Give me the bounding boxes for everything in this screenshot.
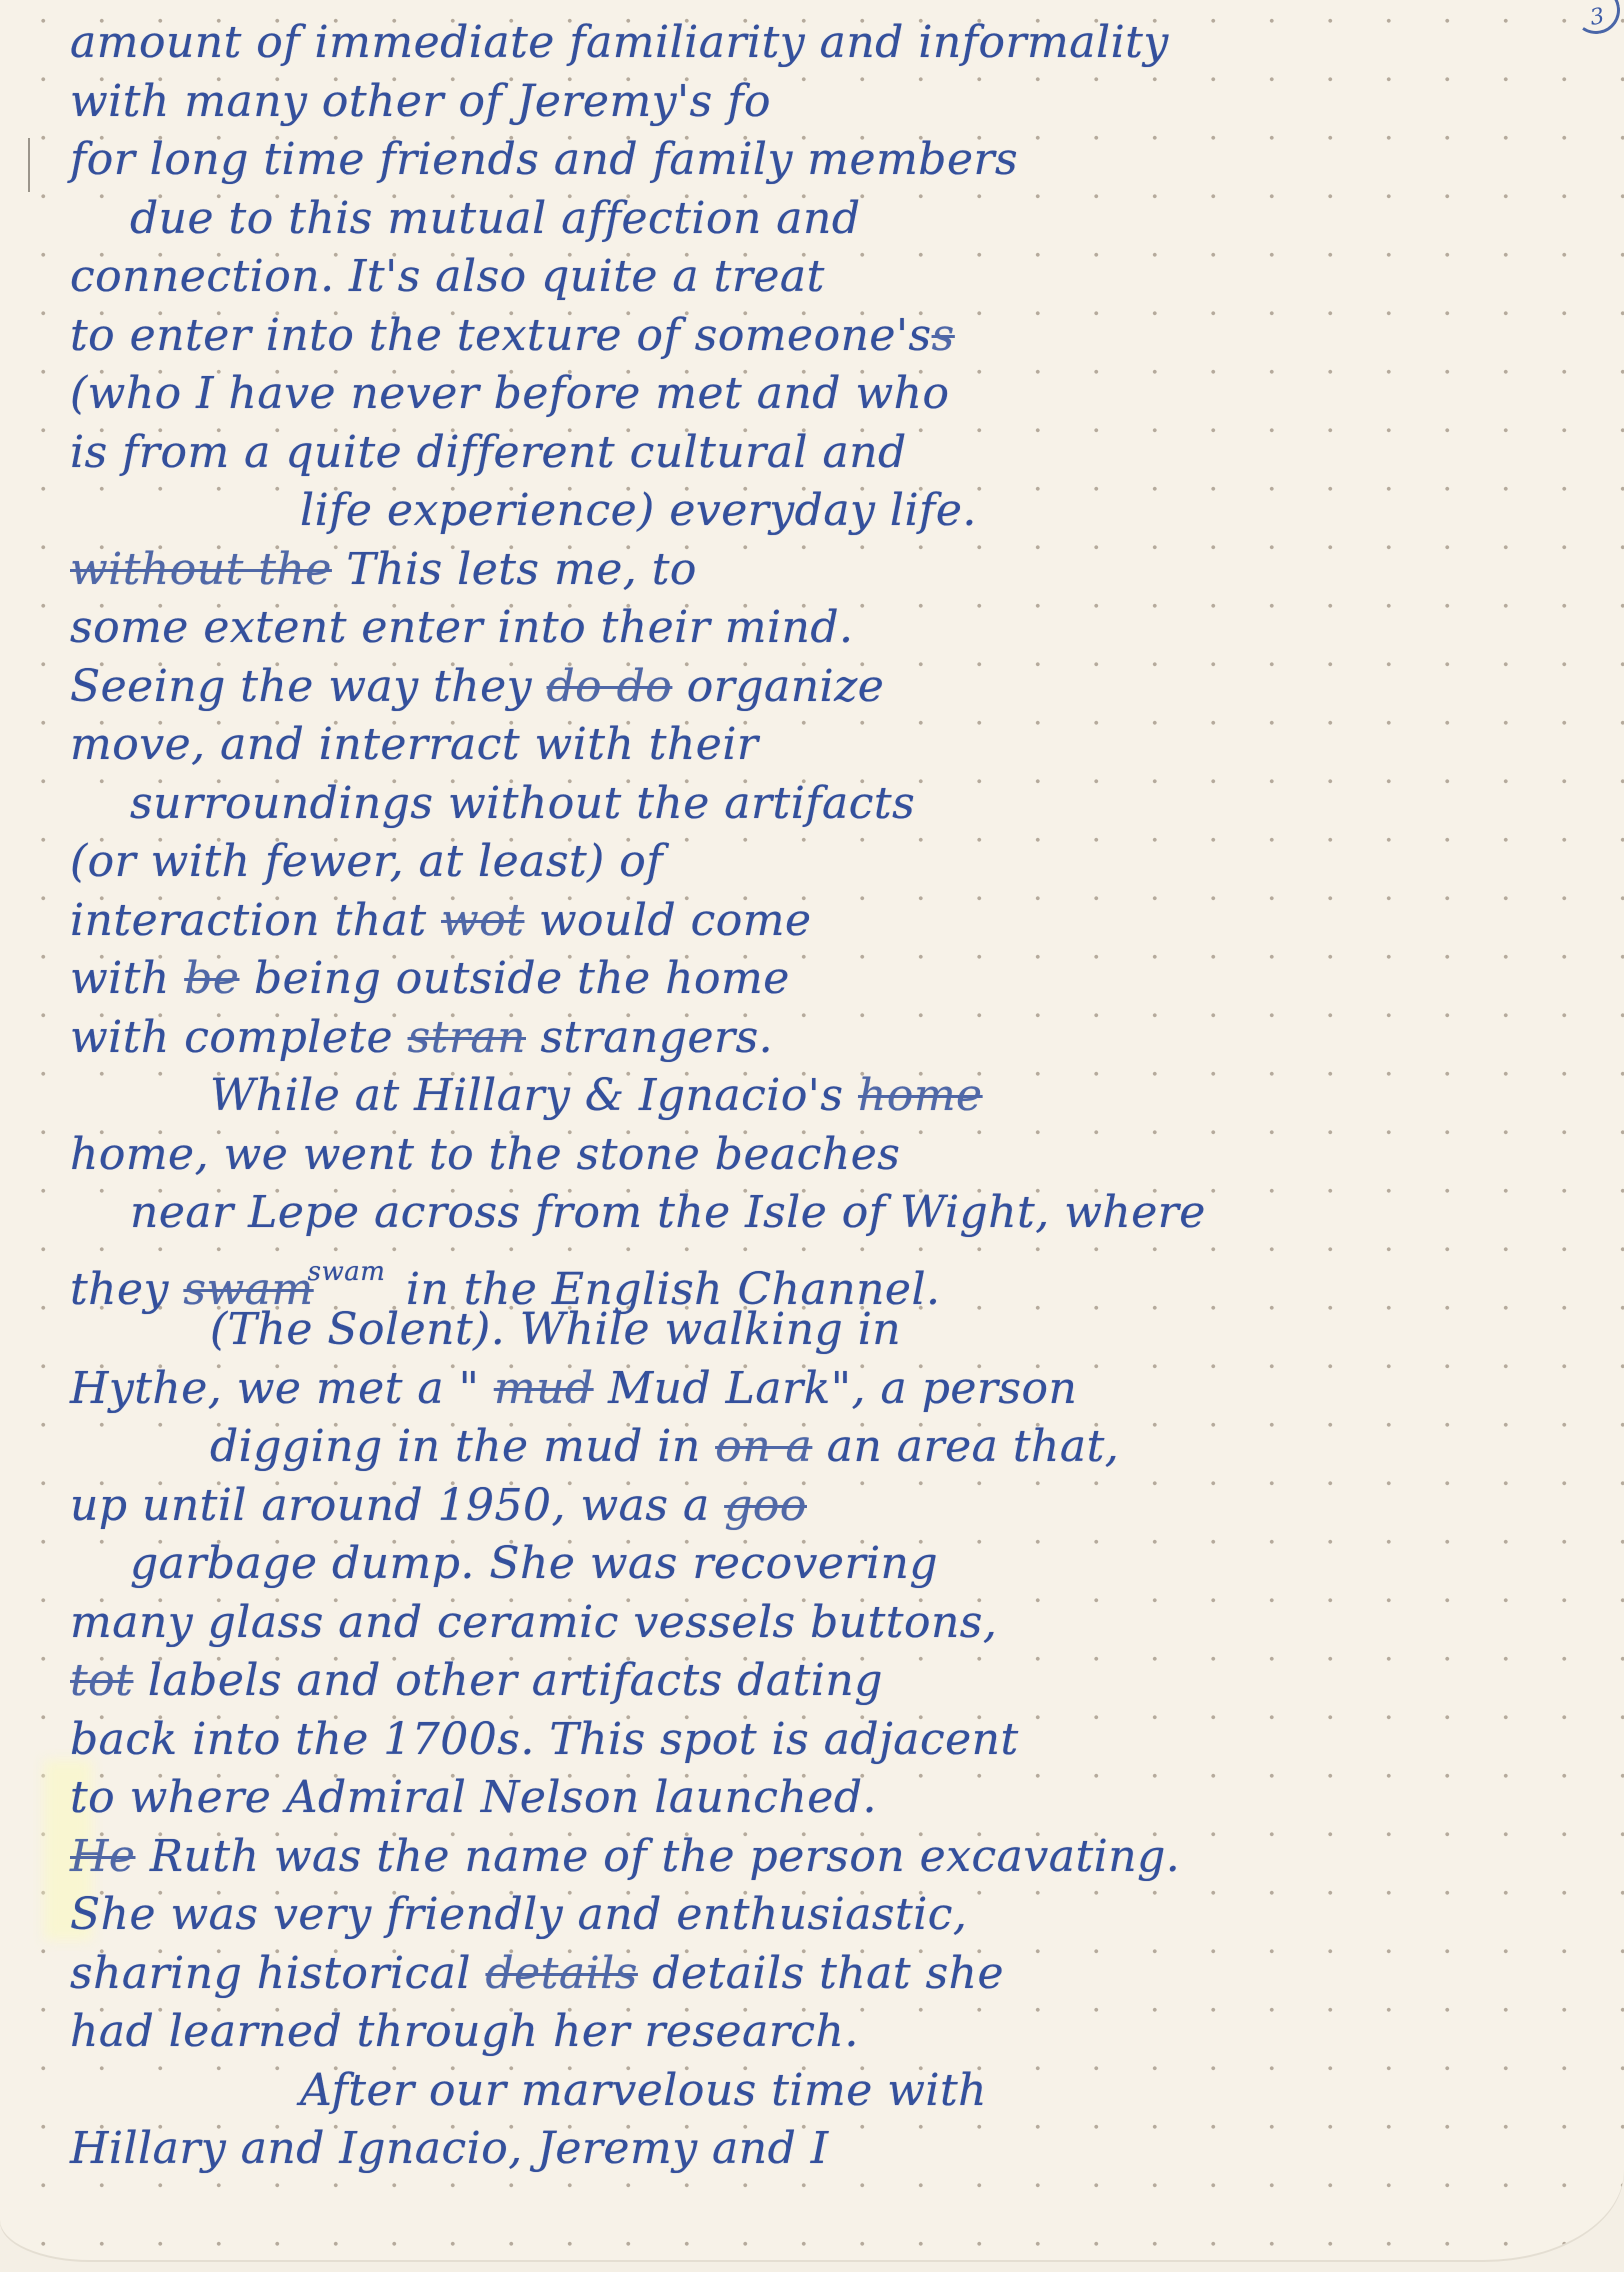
line-text: move, and interract with their — [70, 719, 758, 770]
line-text: This lets me, to — [346, 544, 697, 595]
text-line: to enter into the texture of someone'ss — [70, 307, 1610, 366]
text-line: is from a quite different cultural and — [70, 424, 1610, 483]
text-line: up until around 1950, was a goo — [70, 1477, 1610, 1536]
line-text: had learned through her research. — [70, 2006, 859, 2057]
text-line: While at Hillary & Ignacio's home — [70, 1067, 1610, 1126]
text-line: sharing historical details details that … — [70, 1945, 1610, 2004]
text-line: connection. It's also quite a treat — [70, 248, 1610, 307]
text-line: interaction that wot would come — [70, 892, 1610, 951]
text-line: tot labels and other artifacts dating — [70, 1652, 1610, 1711]
line-text: fo — [727, 76, 771, 127]
line-text: near Lepe across from the Isle of Wight,… — [130, 1187, 1206, 1238]
text-line: life experience) everyday life. — [70, 482, 1610, 541]
text-line: without the This lets me, to — [70, 541, 1610, 600]
text-line: (or with fewer, at least) of — [70, 833, 1610, 892]
text-line: surroundings without the artifacts — [70, 775, 1610, 834]
text-line: After our marvelous time with — [70, 2062, 1610, 2121]
text-line: back into the 1700s. This spot is adjace… — [70, 1711, 1610, 1770]
struck-word: goo — [724, 1480, 807, 1531]
line-text: an area that, — [827, 1421, 1120, 1472]
text-line: near Lepe across from the Isle of Wight,… — [70, 1184, 1610, 1243]
struck-word: s — [932, 310, 955, 361]
line-text: labels and other artifacts dating — [148, 1655, 883, 1706]
line-text: Hythe, we met a " — [70, 1363, 479, 1414]
text-line: amount of immediate familiarity and info… — [70, 14, 1610, 73]
line-text: Hillary and Ignacio, Jeremy and I — [70, 2123, 829, 2174]
line-text: interaction that — [70, 895, 427, 946]
line-text: being outside the home — [254, 953, 790, 1004]
text-line: He Ruth was the name of the person excav… — [70, 1828, 1610, 1887]
line-text: Mud Lark", a person — [608, 1363, 1077, 1414]
line-text: She was very friendly and enthusiastic, — [70, 1889, 967, 1940]
struck-word: stran — [408, 1012, 526, 1063]
line-text: up until around 1950, was a — [70, 1480, 710, 1531]
line-text: (or with fewer, at least) of — [70, 836, 663, 887]
line-text: (who I have never before met and who — [70, 368, 949, 419]
inserted-word: swam — [308, 1257, 386, 1287]
struck-word: wot — [441, 895, 524, 946]
text-line: Seeing the way they do do organize — [70, 658, 1610, 717]
line-text: many glass and ceramic vessels buttons, — [70, 1597, 997, 1648]
line-text: details that she — [652, 1948, 1004, 1999]
text-line: with complete stran strangers. — [70, 1009, 1610, 1068]
line-text: home, we went to the stone beaches — [70, 1129, 900, 1180]
struck-word: details — [485, 1948, 637, 1999]
text-line: some extent enter into their mind. — [70, 599, 1610, 658]
line-text: for long time friends and family members — [70, 134, 1018, 185]
handwritten-text-body: amount of immediate familiarity and info… — [70, 14, 1610, 2179]
struck-word: without the — [70, 544, 332, 595]
line-text: back into the 1700s. This spot is adjace… — [70, 1714, 1019, 1765]
line-text: garbage dump. She was recovering — [130, 1538, 938, 1589]
line-text: with — [70, 953, 170, 1004]
line-text: to enter into the texture of someone's — [70, 310, 932, 361]
text-line: move, and interract with their — [70, 716, 1610, 775]
line-text: with many other of Jeremy's — [70, 76, 713, 127]
line-text: they — [70, 1264, 169, 1315]
line-text: surroundings without the artifacts — [130, 778, 915, 829]
text-line: home, we went to the stone beaches — [70, 1126, 1610, 1185]
text-line: had learned through her research. — [70, 2003, 1610, 2062]
line-text: life experience) everyday life. — [300, 485, 977, 536]
line-text: Seeing the way they — [70, 661, 532, 712]
text-line: for long time friends and family members — [70, 131, 1610, 190]
struck-word: be — [184, 953, 239, 1004]
line-text: with complete — [70, 1012, 393, 1063]
struck-word: mud — [494, 1363, 594, 1414]
text-line: they swamswam in the English Channel. — [70, 1243, 1610, 1302]
struck-word: swam — [183, 1264, 313, 1315]
struck-word: tot — [70, 1655, 133, 1706]
text-line: Hythe, we met a " mud Mud Lark", a perso… — [70, 1360, 1610, 1419]
text-line: digging in the mud in on a an area that, — [70, 1418, 1610, 1477]
notebook-page: 3 amount of immediate familiarity and in… — [0, 0, 1624, 2260]
struck-word: do do — [546, 661, 672, 712]
line-text: digging in the mud in — [210, 1421, 701, 1472]
text-line: many glass and ceramic vessels buttons, — [70, 1594, 1610, 1653]
text-line: to where Admiral Nelson launched. — [70, 1769, 1610, 1828]
line-text: organize — [687, 661, 885, 712]
text-line: garbage dump. She was recovering — [70, 1535, 1610, 1594]
line-text: amount of immediate familiarity and info… — [70, 17, 1169, 68]
text-line: due to this mutual affection and — [70, 190, 1610, 249]
line-text: is from a quite different cultural and — [70, 427, 907, 478]
struck-word: home — [858, 1070, 983, 1121]
text-line: with be being outside the home — [70, 950, 1610, 1009]
line-text: After our marvelous time with — [300, 2065, 987, 2116]
line-text: strangers. — [540, 1012, 773, 1063]
line-text: Ruth was the name of the person excavati… — [150, 1831, 1180, 1882]
line-text: While at Hillary & Ignacio's — [210, 1070, 843, 1121]
line-text: to where Admiral Nelson launched. — [70, 1772, 877, 1823]
line-text: some extent enter into their mind. — [70, 602, 854, 653]
margin-mark — [28, 138, 30, 192]
struck-word: He — [70, 1831, 135, 1882]
text-line: She was very friendly and enthusiastic, — [70, 1886, 1610, 1945]
line-text: would come — [539, 895, 812, 946]
line-text: connection. It's also quite a treat — [70, 251, 825, 302]
text-line: (who I have never before met and who — [70, 365, 1610, 424]
line-text: due to this mutual affection and — [130, 193, 861, 244]
text-line: with many other of Jeremy's fo — [70, 73, 1610, 132]
struck-word: on a — [715, 1421, 812, 1472]
text-line: Hillary and Ignacio, Jeremy and I — [70, 2120, 1610, 2179]
line-text: sharing historical — [70, 1948, 471, 1999]
